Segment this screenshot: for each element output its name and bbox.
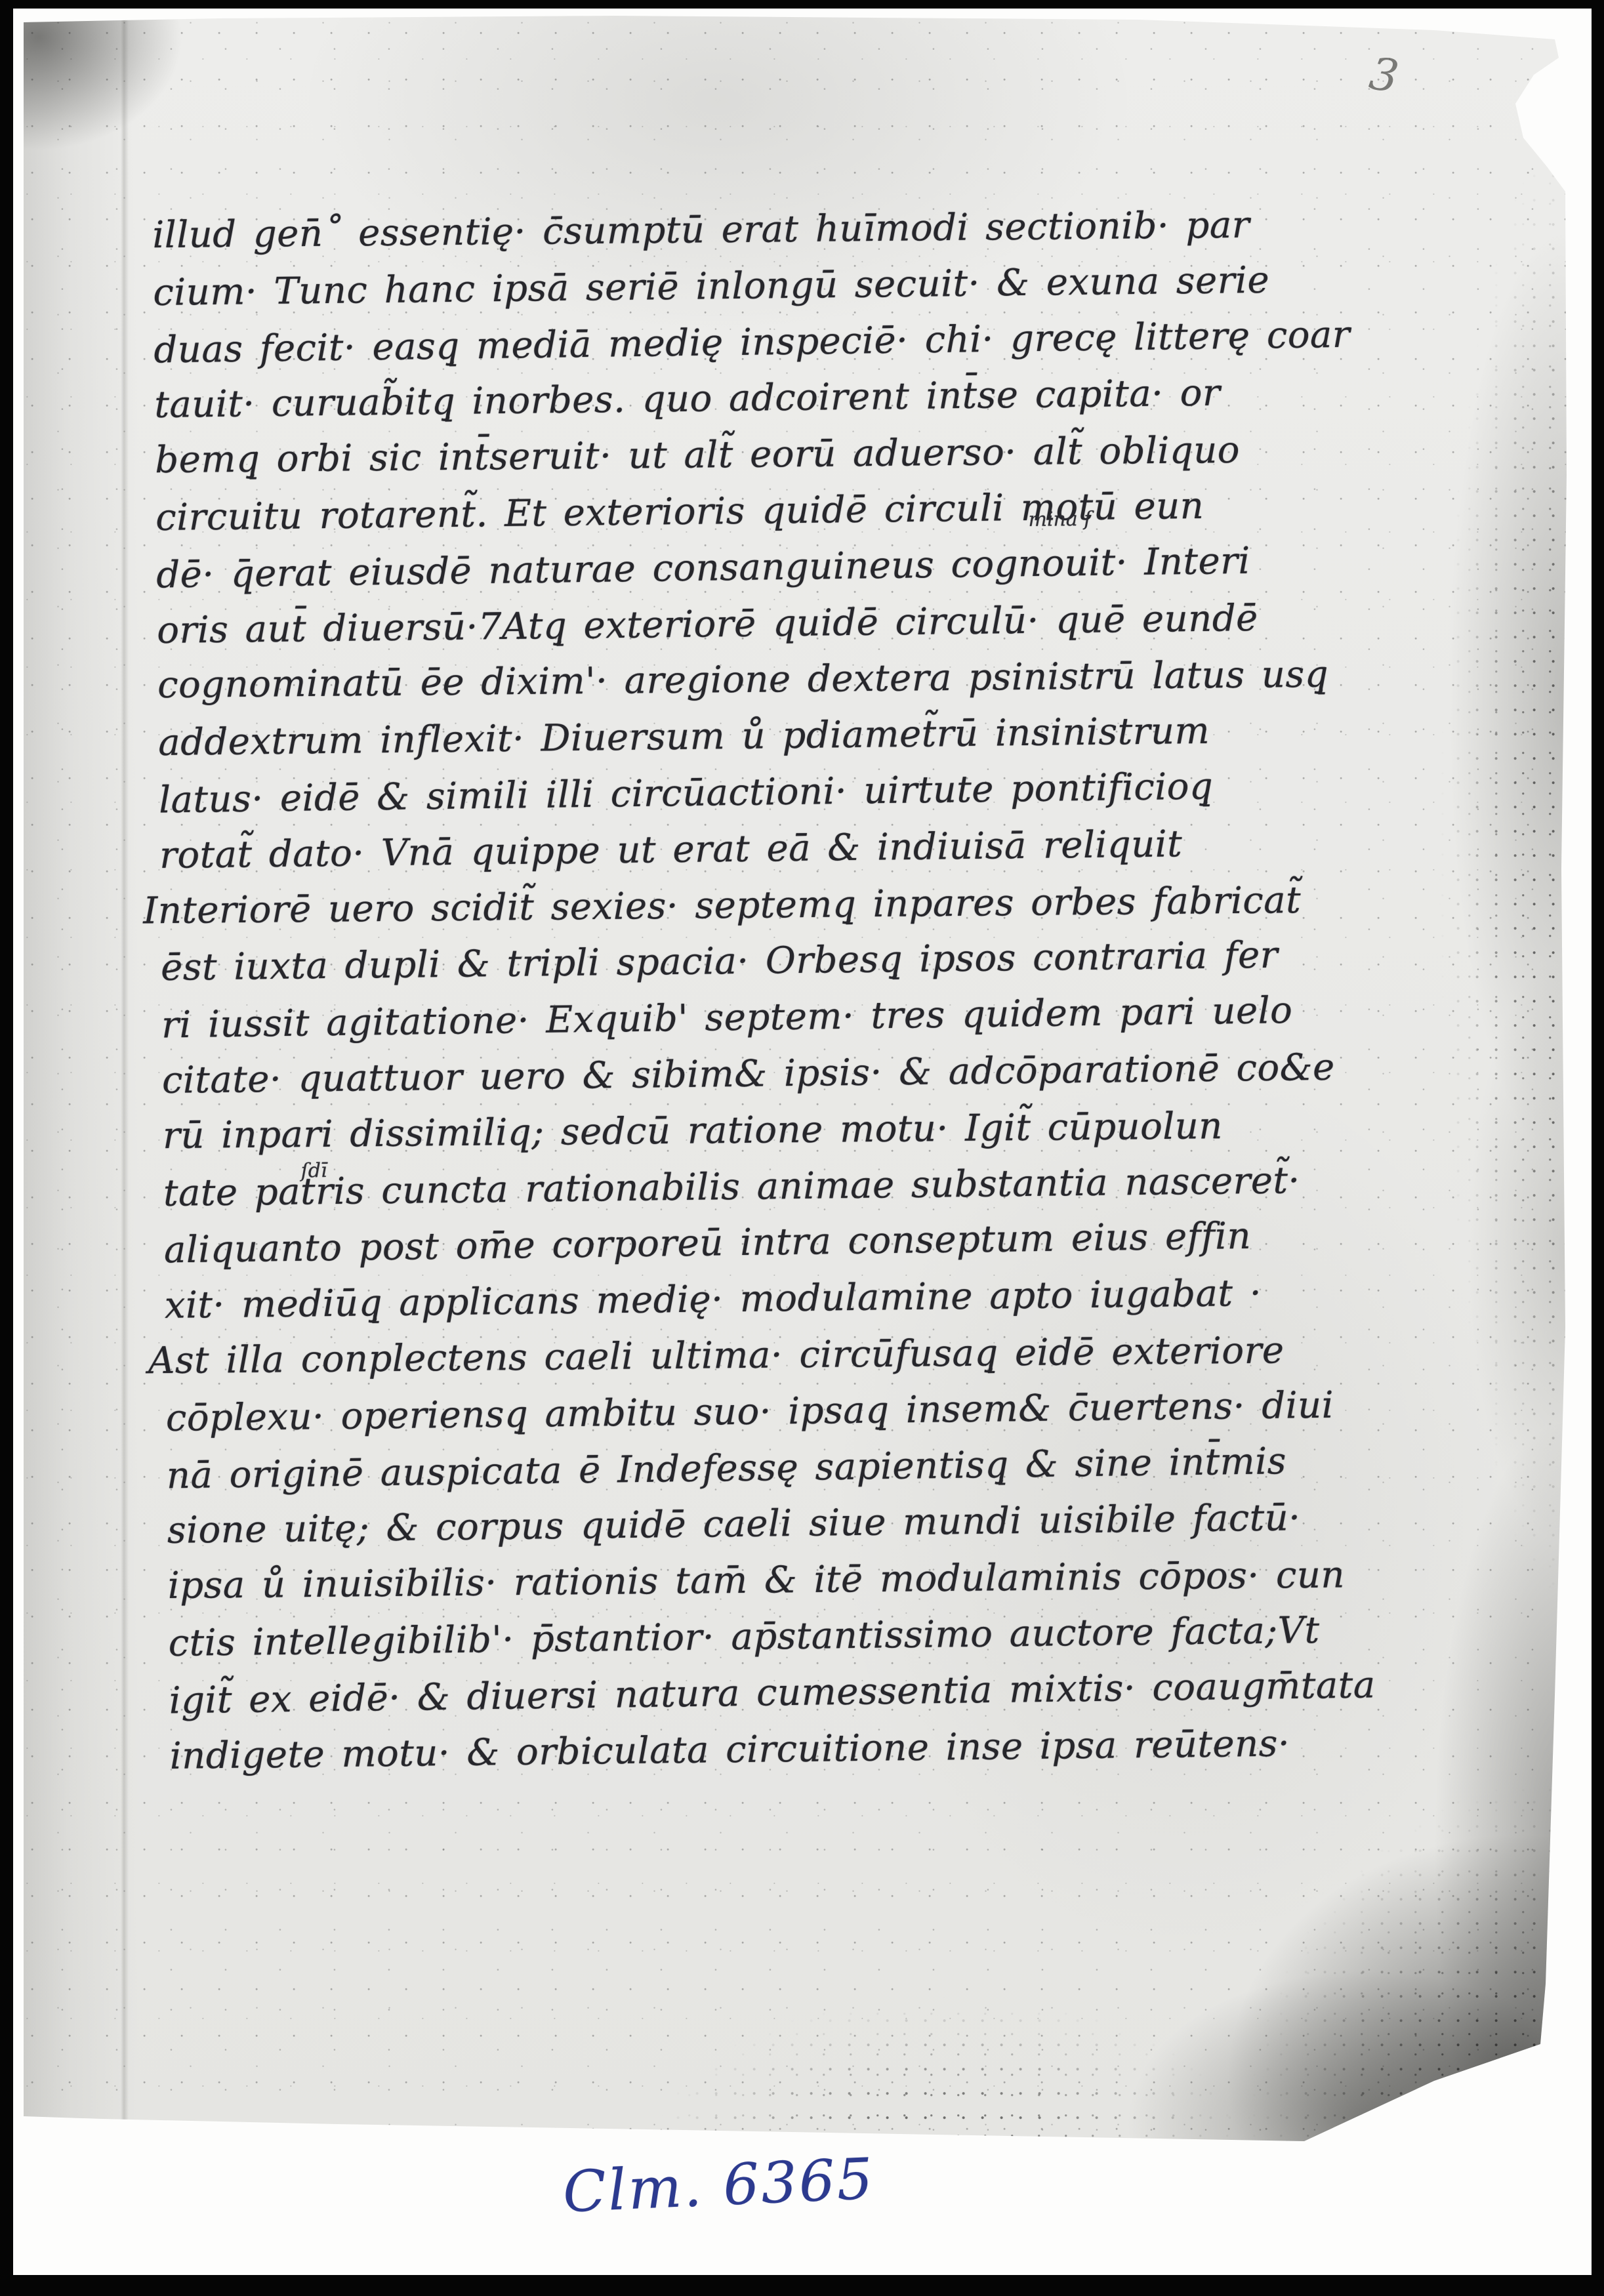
manuscript-line-21: Ast illa conplectens caeli ultima· circū…	[165, 1322, 1321, 1389]
manuscript-photograph: 3 illud gen̄˚ essentię· c̄sumptū erat hu…	[0, 0, 1604, 2296]
manuscript-line-17: rū inpari dissimiliq; sedcū ratione motu…	[163, 1097, 1318, 1164]
manuscript-line-5: bemq̧ orbi sic int̄seruit· ut alt̃ eorū …	[155, 422, 1310, 489]
manuscript-page: 3 illud gen̄˚ essentię· c̄sumptū erat hu…	[24, 16, 1567, 2144]
interlinear-correction-sdi: ſdī	[300, 1159, 327, 1182]
text-block: illud gen̄˚ essentię· c̄sumptū erat huīm…	[152, 195, 1325, 1784]
manuscript-line-1: illud gen̄˚ essentię· c̄sumptū erat huīm…	[152, 197, 1307, 264]
folio-number: 3	[1366, 48, 1403, 104]
shelfmark-label: Clm. 6365	[562, 2146, 876, 2226]
manuscript-line-13: Interiorē uero scidit̃ sexies· septemq̧ …	[160, 872, 1315, 939]
manuscript-line-25: ipsa ů inuisibilis· rationis tam̄ & itē …	[167, 1548, 1323, 1614]
interlinear-correction-mina: mina ſ	[1028, 508, 1091, 531]
manuscript-line-9: cognominatū ēe dixim'· aregione dextera …	[157, 647, 1313, 714]
